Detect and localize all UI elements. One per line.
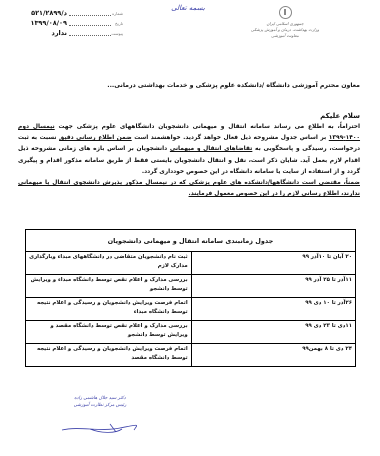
schedule-table: جدول زمانبندی سامانه انتقال و میهمانی دا… xyxy=(25,229,356,367)
table-row: ۲۶آذر تا ۱۰ دی ۹۹ اتمام فرصت ویرایش دانش… xyxy=(26,298,356,321)
letterhead-line: معاونت آموزشی xyxy=(245,33,325,39)
letter-date: ۱۳۹۹/۰۸/۰۹ xyxy=(18,19,67,27)
description-cell: بررسی مدارک و اعلام نقص توسط دانشگاه مقص… xyxy=(26,321,192,344)
date-range-cell: ۱۱دی تا ۲۳ دی ۹۹ xyxy=(191,321,355,344)
meta-row-date: تاریخ ۱۳۹۹/۰۸/۰۹ xyxy=(18,18,123,28)
description-cell: بررسی مدارک و اعلام نقص توسط دانشگاه مبد… xyxy=(26,275,192,298)
underlined-text: تقاضاهای انتقال و میهمانی xyxy=(170,146,252,152)
bismillah-heading: بسمه تعالی xyxy=(168,4,208,12)
description-cell: ثبت نام دانشجویان متقاضی در دانشگاههای م… xyxy=(26,252,192,275)
meta-label: شماره xyxy=(113,11,123,16)
date-range-cell: ۱۱آذر تا ۲۵ آذر ۹۹ xyxy=(191,275,355,298)
table-row: ۱۱آذر تا ۲۵ آذر ۹۹ بررسی مدارک و اعلام ن… xyxy=(26,275,356,298)
date-range-cell: ۲۴ دی تا ۸ بهمن۹۹ xyxy=(191,344,355,367)
addressee: معاون محترم آموزشی دانشگاه /دانشکده علوم… xyxy=(107,82,360,89)
meta-row-number: شماره د/۵۲۱/۲۸۹۹ xyxy=(18,8,123,18)
dotted-line xyxy=(69,30,111,36)
salutation: سلام علیکم xyxy=(320,112,360,120)
description-cell: اتمام فرصت ویرایش دانشجویان و رسیدگی و ا… xyxy=(26,344,192,367)
table-title: جدول زمانبندی سامانه انتقال و میهمانی دا… xyxy=(26,230,356,252)
meta-label: پیوست xyxy=(113,31,123,36)
table-row: ۱۱دی تا ۲۳ دی ۹۹ بررسی مدارک و اعلام نقص… xyxy=(26,321,356,344)
table-header-row: جدول زمانبندی سامانه انتقال و میهمانی دا… xyxy=(26,230,356,252)
signature-scribble-icon xyxy=(60,420,140,434)
emblem-icon xyxy=(279,6,292,19)
signatory-title: رئیس مرکز نظارت آموزشی xyxy=(60,402,140,409)
letter-meta: شماره د/۵۲۱/۲۸۹۹ تاریخ ۱۳۹۹/۰۸/۰۹ پیوست … xyxy=(18,8,123,38)
underlined-text: ضمن اطلاع رسانی دقیق xyxy=(59,135,132,141)
ministry-letterhead: جمهوری اسلامی ایران وزارت بهداشت، درمان … xyxy=(245,6,325,39)
letter-body: احتراماً، به اطلاع می رساند سامانه انتقا… xyxy=(18,122,360,200)
description-cell: اتمام فرصت ویرایش دانشجویان و رسیدگی و ا… xyxy=(26,298,192,321)
table-row: ۲۰ آبان تا ۱۰آذر ۹۹ ثبت نام دانشجویان مت… xyxy=(26,252,356,275)
meta-row-attachment: پیوست ندارد xyxy=(18,28,123,38)
date-range-cell: ۲۰ آبان تا ۱۰آذر ۹۹ xyxy=(191,252,355,275)
dotted-line xyxy=(69,20,111,26)
table-row: ۲۴ دی تا ۸ بهمن۹۹ اتمام فرصت ویرایش دانش… xyxy=(26,344,356,367)
dotted-line xyxy=(69,10,111,16)
signature-block: دکتر سید جلال هاشمی زاده رئیس مرکز نظارت… xyxy=(60,395,140,409)
meta-label: تاریخ xyxy=(113,21,123,26)
signatory-name: دکتر سید جلال هاشمی زاده xyxy=(60,395,140,402)
letter-number: د/۵۲۱/۲۸۹۹ xyxy=(18,9,67,17)
date-range-cell: ۲۶آذر تا ۱۰ دی ۹۹ xyxy=(191,298,355,321)
body-text: بر اساس جدول مشروحه ذیل فعال خواهد گردید… xyxy=(132,135,329,141)
body-text: احتراماً، به اطلاع می رساند سامانه انتقا… xyxy=(55,124,360,130)
letter-attachment: ندارد xyxy=(18,29,67,37)
note-paragraph: ضمناً، مقتضی است دانشگاهها/دانشکده های ع… xyxy=(18,178,360,200)
